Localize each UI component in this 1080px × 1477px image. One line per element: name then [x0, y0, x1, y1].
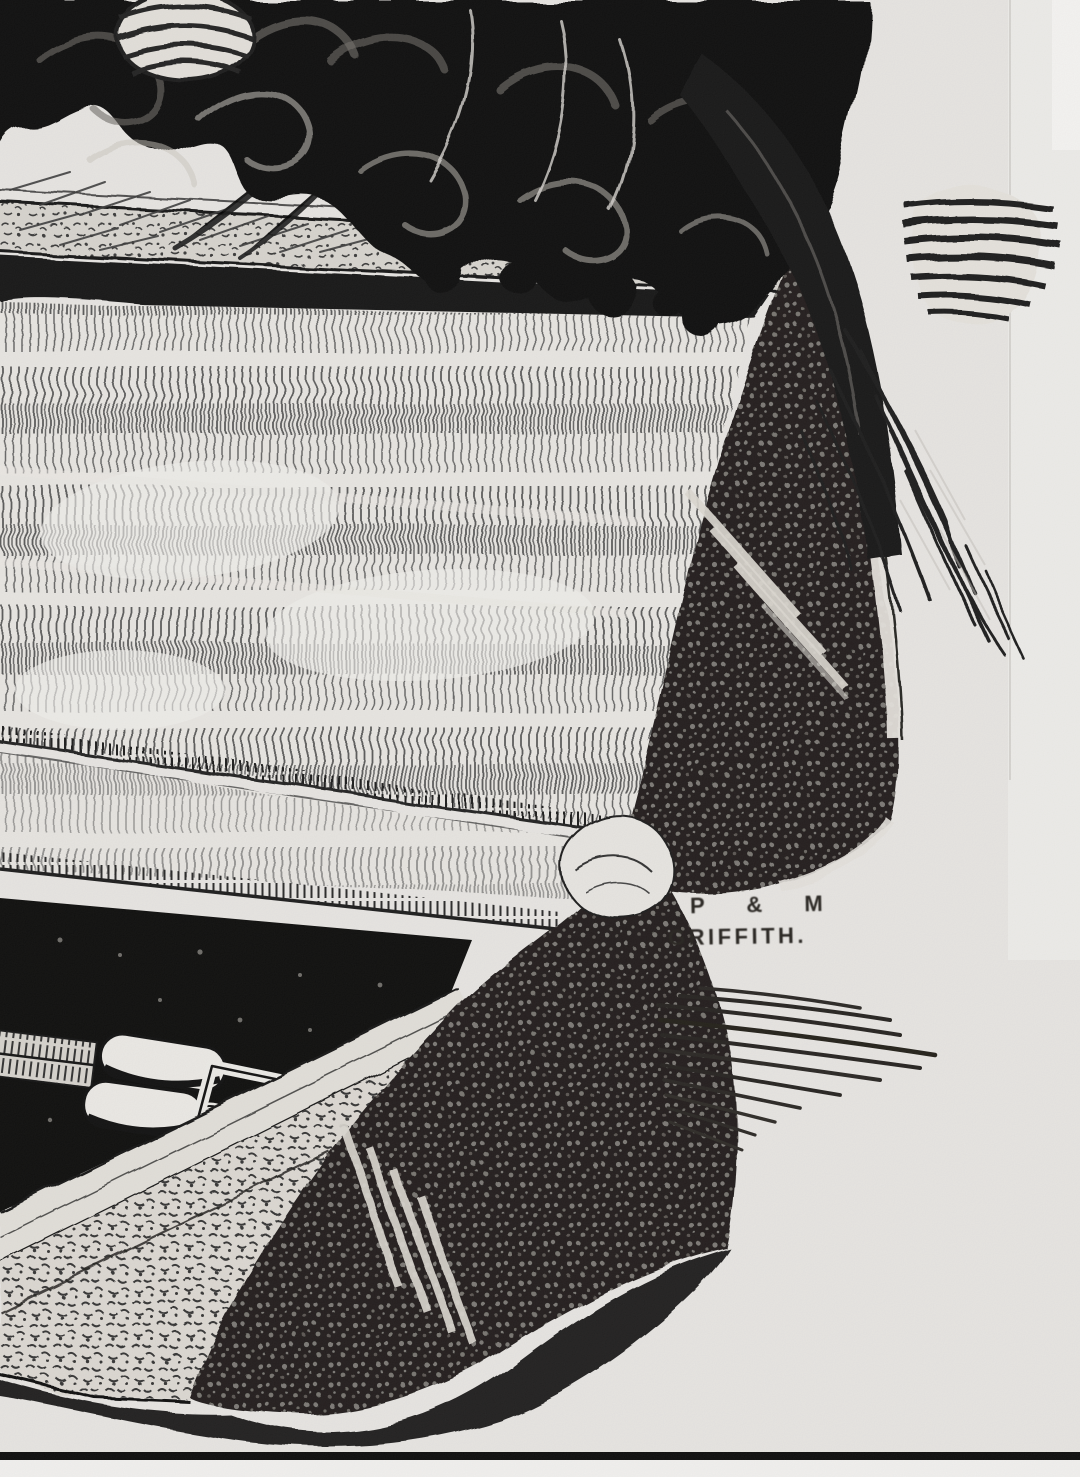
paper-grain-overlay [0, 0, 1080, 1477]
illustration-canvas [0, 0, 1080, 1477]
engraving-illustration: P & M GRIFFITH. [0, 0, 1080, 1477]
artist-signature-line2: GRIFFITH. [668, 923, 807, 951]
artist-signature-line1: P & M [690, 891, 838, 920]
